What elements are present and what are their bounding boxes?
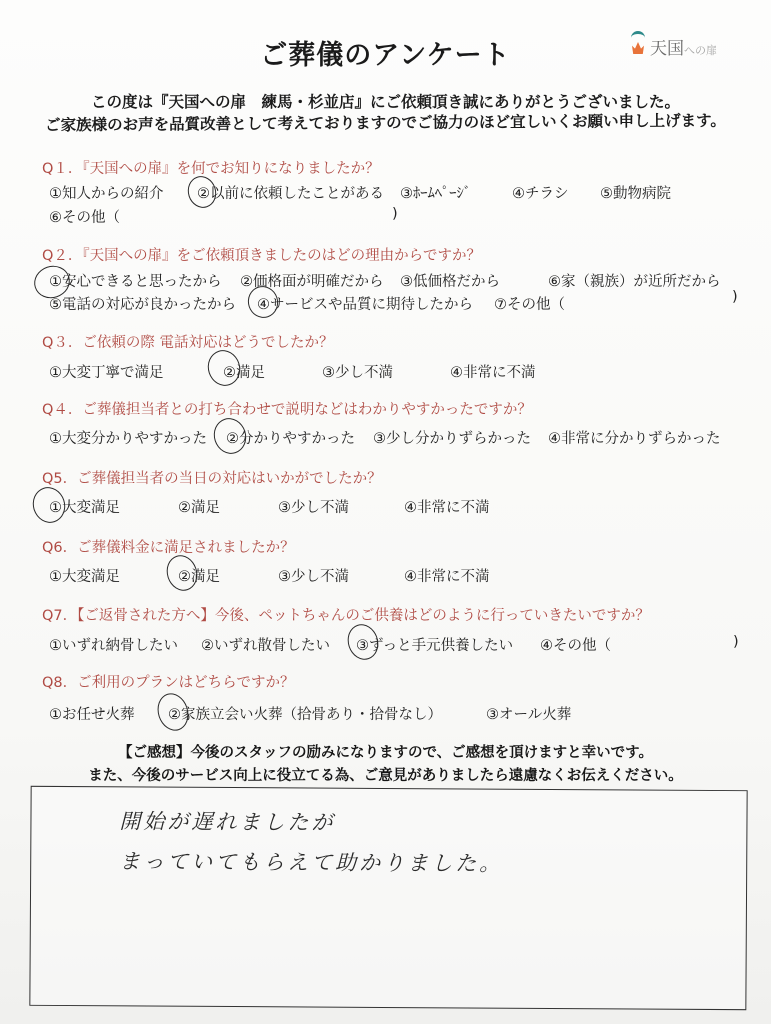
question-1-label: Q１．『天国への扉』を何でお知りになりましたか？	[42, 157, 380, 178]
q6-option-4[interactable]: ④非常に不満	[404, 565, 490, 586]
question-4-label: Q４．ご葬儀担当者との打ち合わせで説明などはわかりやすかったですか？	[42, 398, 532, 419]
q1-option-6-close-paren: )	[392, 206, 398, 222]
q6-option-3[interactable]: ③少し不満	[278, 565, 349, 586]
feedback-textarea[interactable]: 開始が遅れましたが まっていてもらえて助かりました。	[29, 786, 747, 1010]
selection-circle-icon	[153, 689, 193, 734]
logo-arc-icon	[631, 31, 645, 42]
brand-logo: 天国への扉	[626, 28, 756, 62]
question-3-label: Q３．ご依頼の際 電話対応はどうでしたか？	[42, 331, 334, 352]
selection-circle-icon	[28, 483, 70, 527]
q4-option-3[interactable]: ③少し分かりずらかった	[373, 427, 531, 448]
q1-option-6[interactable]: ⑥その他（	[49, 206, 120, 227]
q7-option-4-close-paren: )	[733, 634, 739, 650]
q1-option-2[interactable]: ②以前に依頼したことがある	[197, 182, 384, 203]
q2-option-1[interactable]: ①安心できると思ったから	[49, 270, 222, 291]
survey-sheet: ご葬儀のアンケート 天国への扉 この度は『天国への扉 練馬・杉並店』にご依頼頂き…	[0, 0, 771, 1024]
q7-option-1[interactable]: ①いずれ納骨したい	[49, 634, 178, 655]
q1-option-3[interactable]: ③ﾎｰﾑﾍﾟｰｼﾞ	[400, 182, 471, 203]
question-5-label: Q5．ご葬儀担当者の当日の対応はいかがでしたか？	[42, 467, 382, 488]
q7-option-4[interactable]: ④その他（	[540, 634, 611, 655]
selection-circle-icon	[343, 620, 383, 664]
q1-option-4[interactable]: ④チラシ	[512, 182, 569, 203]
logo-text: 天国への扉	[650, 34, 717, 59]
feedback-prompt-line-1: 【ご感想】今後のスタッフの励みになりますので、ご感想を頂けますと幸いです。	[0, 741, 771, 762]
q7-option-3[interactable]: ③ずっと手元供養したい	[356, 634, 513, 655]
q3-option-1[interactable]: ①大変丁寧で満足	[49, 361, 164, 382]
handwritten-line-1: 開始が遅れましたが	[119, 805, 335, 836]
q2-option-7-close-paren: )	[732, 289, 738, 305]
q5-option-4[interactable]: ④非常に不満	[404, 496, 490, 517]
q8-option-1[interactable]: ①お任せ火葬	[49, 703, 135, 724]
q8-option-3[interactable]: ③オール火葬	[486, 703, 571, 724]
q5-option-3[interactable]: ③少し不満	[278, 496, 349, 517]
question-8-label: Q8．ご利用のプランはどちらですか？	[42, 671, 295, 692]
selection-circle-icon	[203, 346, 245, 390]
q7-option-2[interactable]: ②いずれ散骨したい	[201, 634, 330, 655]
q8-option-2[interactable]: ②家族立会い火葬（拾骨あり・拾骨なし）	[168, 703, 442, 724]
q2-option-7[interactable]: ⑦その他（	[494, 293, 565, 314]
q3-option-4[interactable]: ④非常に不満	[450, 361, 536, 382]
intro-line-2: ご家族様のお声を品質改善として考えておりますのでご協力のほど宜しいくお願い申し上…	[0, 108, 771, 135]
q6-option-1[interactable]: ①大変満足	[49, 565, 120, 586]
question-2-label: Q２．『天国への扉』をご依頼頂きましたのはどの理由からですか？	[42, 244, 481, 265]
feedback-prompt-line-2: また、今後のサービス向上に役立てる為、ご意見がありましたら遠慮なくお伝えください…	[0, 764, 771, 785]
question-7-label: Q7．【ご返骨された方へ】今後、ペットちゃんのご供養はどのように行っていきたいで…	[42, 604, 650, 625]
question-6-label: Q6．ご葬儀料金に満足されましたか？	[42, 536, 295, 557]
q2-option-4[interactable]: ④サービスや品質に期待したから	[257, 293, 473, 314]
q4-option-4[interactable]: ④非常に分かりずらかった	[548, 427, 721, 448]
q3-option-3[interactable]: ③少し不満	[322, 361, 393, 382]
q1-option-1[interactable]: ①知人からの紹介	[49, 182, 164, 203]
q2-option-3[interactable]: ③低価格だから	[400, 270, 500, 291]
logo-flame-icon	[632, 42, 644, 54]
selection-circle-icon	[209, 414, 251, 458]
selection-circle-icon	[162, 551, 202, 595]
q1-option-5[interactable]: ⑤動物病院	[600, 182, 671, 203]
selection-circle-icon	[184, 172, 221, 211]
q5-option-2[interactable]: ②満足	[178, 496, 220, 517]
q2-option-5[interactable]: ⑤電話の対応が良かったから	[49, 293, 236, 314]
handwritten-line-2: まっていてもらえて助かりました。	[119, 845, 503, 877]
q2-option-6[interactable]: ⑥家（親族）が近所だから	[548, 270, 721, 291]
q4-option-1[interactable]: ①大変分かりやすかった	[49, 427, 207, 448]
